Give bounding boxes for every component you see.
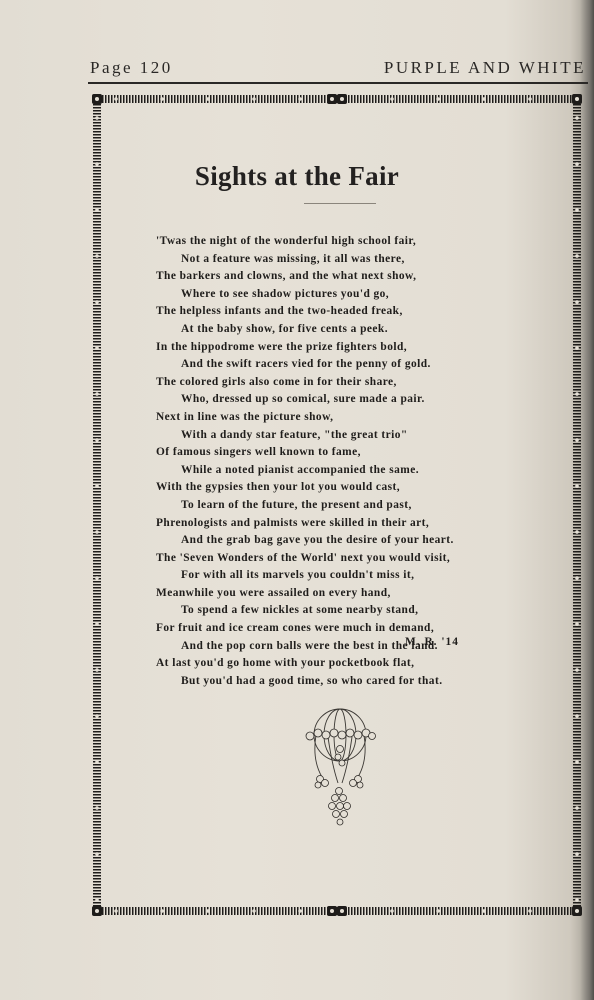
poem-line: Not a feature was missing, it all was th… xyxy=(156,251,516,269)
poem-line: The barkers and clowns, and the what nex… xyxy=(156,268,516,286)
poem-line: To spend a few nickles at some nearby st… xyxy=(156,602,516,620)
center-ornament-icon xyxy=(337,94,347,104)
poem-line: To learn of the future, the present and … xyxy=(156,497,516,515)
poem-line: Meanwhile you were assailed on every han… xyxy=(156,585,516,603)
poem-line: But you'd had a good time, so who cared … xyxy=(156,673,516,691)
title-divider xyxy=(304,203,376,204)
poem-line: Where to see shadow pictures you'd go, xyxy=(156,286,516,304)
poem-line: 'Twas the night of the wonderful high sc… xyxy=(156,233,516,251)
poem-line: At last you'd go home with your pocketbo… xyxy=(156,655,516,673)
corner-ornament-icon xyxy=(92,906,102,916)
book-page: Page 120 PURPLE AND WHITE Sights at the … xyxy=(0,0,594,1000)
poem-line: Phrenologists and palmists were skilled … xyxy=(156,515,516,533)
corner-ornament-icon xyxy=(92,94,102,104)
corner-ornament-icon xyxy=(572,94,582,104)
poem-line: With a dandy star feature, "the great tr… xyxy=(156,427,516,445)
poem-line: Of famous singers well known to fame, xyxy=(156,444,516,462)
page-number: Page 120 xyxy=(90,58,173,78)
center-ornament-icon xyxy=(337,906,347,916)
border-right xyxy=(573,95,581,915)
poem-line: While a noted pianist accompanied the sa… xyxy=(156,462,516,480)
center-ornament-icon xyxy=(327,94,337,104)
author-signature: M. R. '14 xyxy=(405,636,459,648)
floral-pendant-ornament-icon xyxy=(292,705,388,835)
poem-line: The colored girls also come in for their… xyxy=(156,374,516,392)
header-rule xyxy=(88,82,588,84)
poem-line: And the grab bag gave you the desire of … xyxy=(156,532,516,550)
poem-line: In the hippodrome were the prize fighter… xyxy=(156,339,516,357)
running-header: Page 120 PURPLE AND WHITE xyxy=(90,58,586,78)
poem-title: Sights at the Fair xyxy=(0,161,594,192)
center-ornament-icon xyxy=(327,906,337,916)
poem-line: Next in line was the picture show, xyxy=(156,409,516,427)
poem-body: 'Twas the night of the wonderful high sc… xyxy=(156,233,516,690)
poem-line: Who, dressed up so comical, sure made a … xyxy=(156,391,516,409)
poem-line: The 'Seven Wonders of the World' next yo… xyxy=(156,550,516,568)
poem-line: For with all its marvels you couldn't mi… xyxy=(156,567,516,585)
poem-line: At the baby show, for five cents a peek. xyxy=(156,321,516,339)
poem-line: The helpless infants and the two-headed … xyxy=(156,303,516,321)
poem-line: And the swift racers vied for the penny … xyxy=(156,356,516,374)
page-edge-shadow xyxy=(580,0,594,1000)
poem-line: And the pop corn balls were the best in … xyxy=(156,638,516,656)
poem-line: With the gypsies then your lot you would… xyxy=(156,479,516,497)
corner-ornament-icon xyxy=(572,906,582,916)
publication-title: PURPLE AND WHITE xyxy=(384,58,586,78)
border-left xyxy=(93,95,101,915)
poem-line: For fruit and ice cream cones were much … xyxy=(156,620,516,638)
